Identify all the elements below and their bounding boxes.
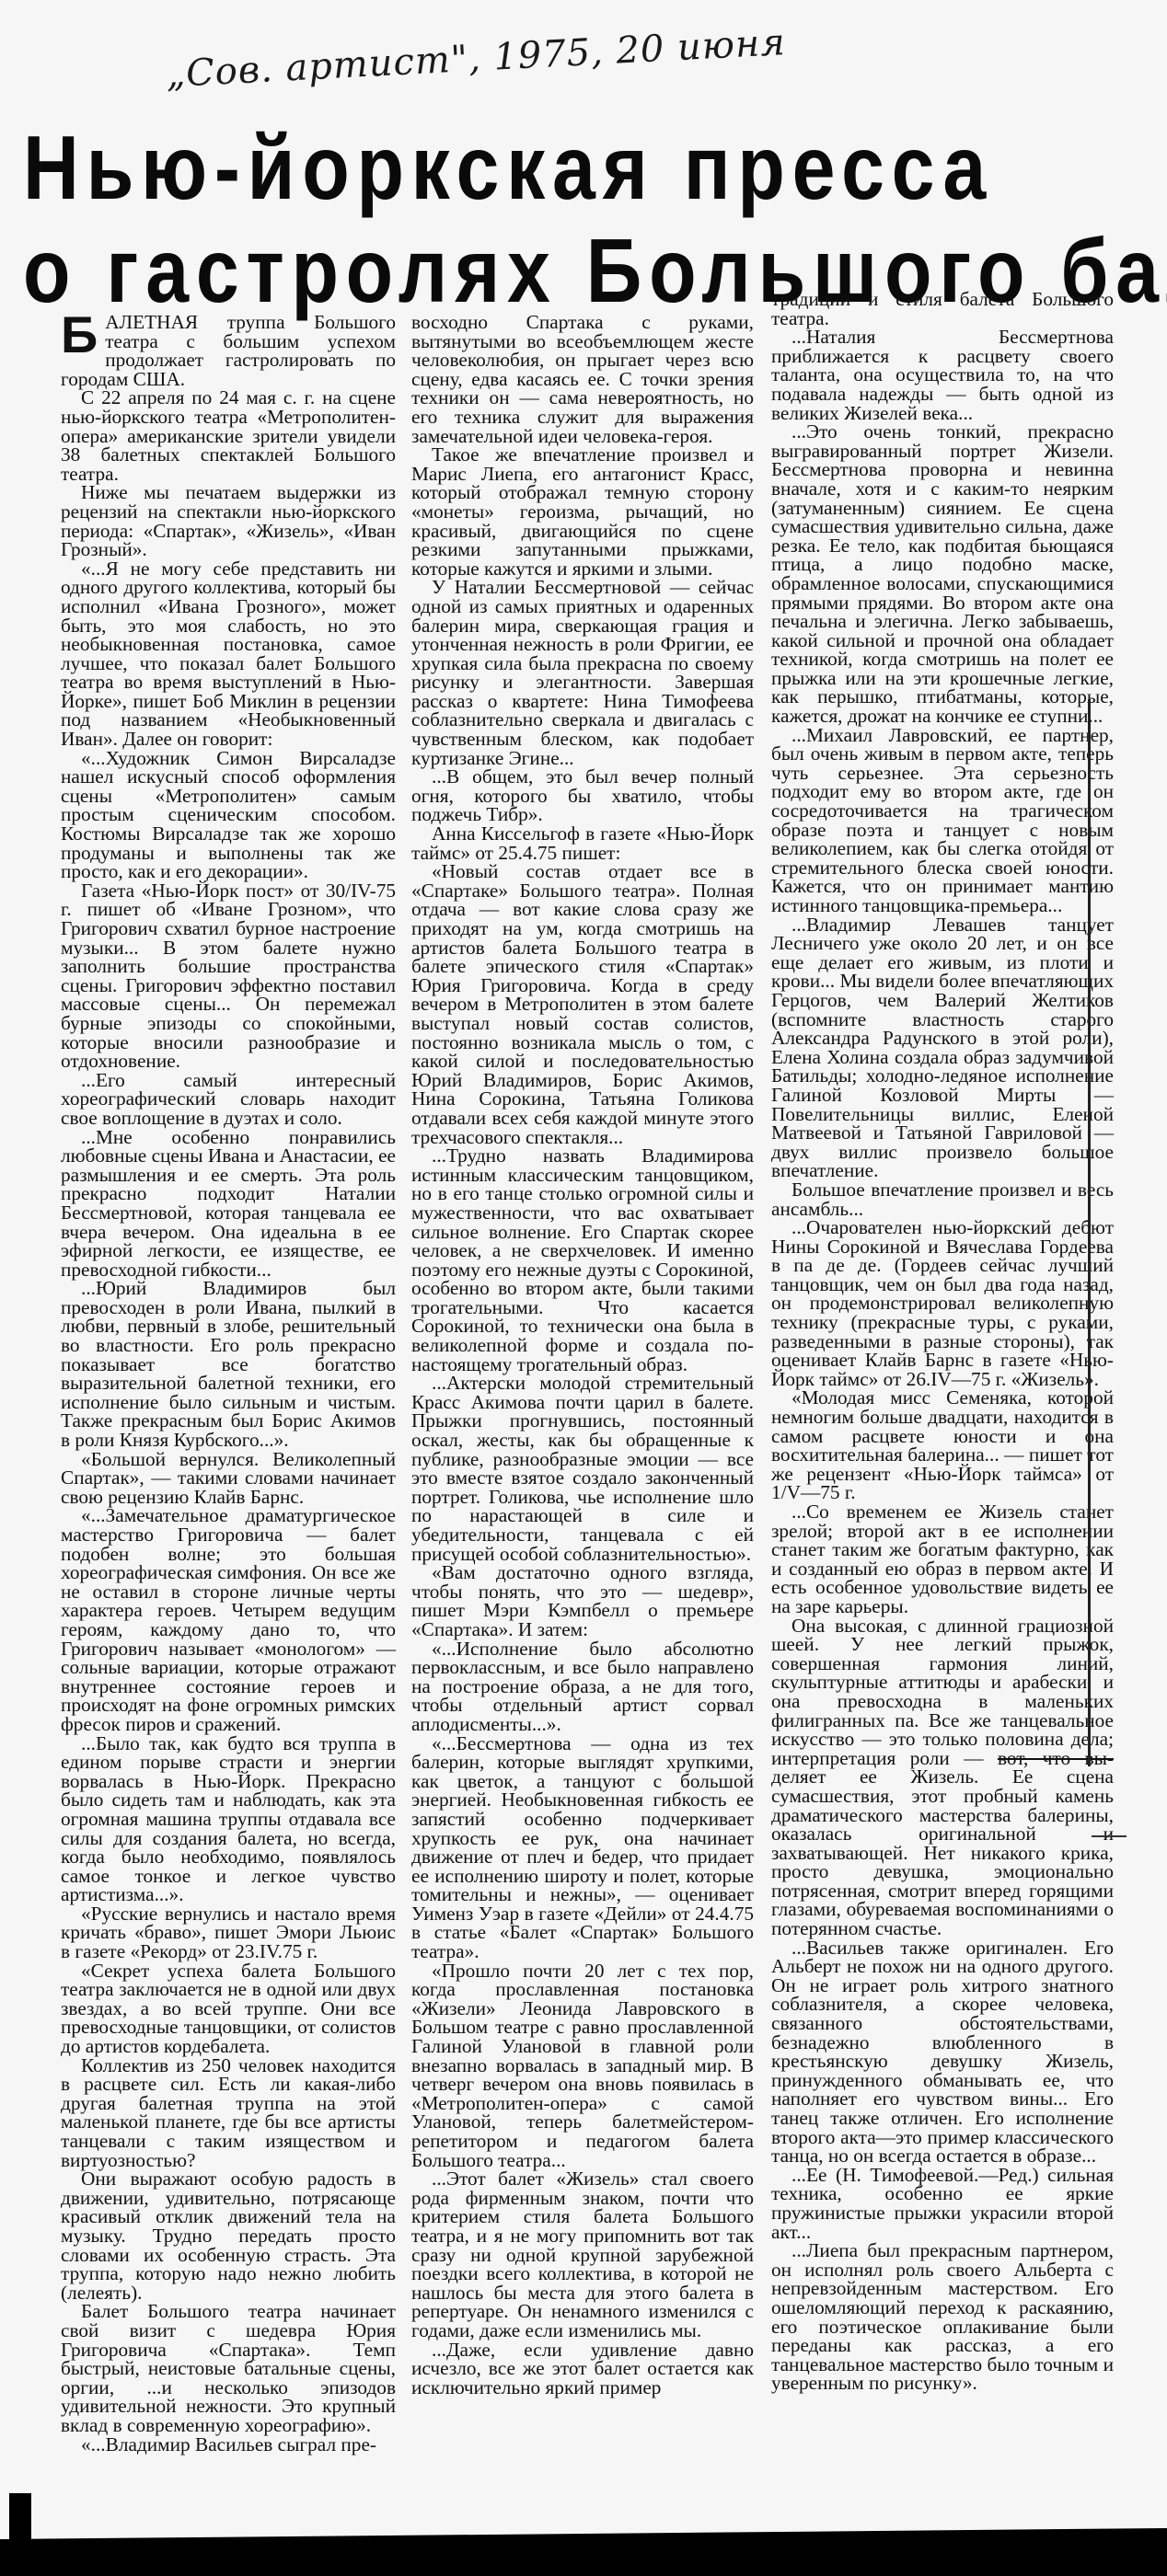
paragraph: «...Художник Симон Вирсаладзе нашел иску… xyxy=(61,749,396,881)
paragraph: ...Михаил Лавровский, ее партнер, был оч… xyxy=(771,726,1114,915)
paragraph: Такое же впечатление произвел и Марис Ли… xyxy=(411,445,754,578)
paragraph: ...Лиепа был прекрасным партнером, он ис… xyxy=(771,2241,1114,2393)
paragraph-text: деляет ее Жизель. Ее сцена сумасшествия,… xyxy=(771,1765,1114,1939)
paragraph: «...Я не могу себе представить ни одного… xyxy=(61,559,396,749)
lead-paragraph: БАЛЕТНАЯ труппа Большого театра с больши… xyxy=(61,313,396,388)
paragraph: ...Васильев также оригинален. Его Альбер… xyxy=(771,1938,1114,2166)
paragraph: С 22 апреля по 24 мая с. г. на сцене нью… xyxy=(61,388,396,483)
paragraph: ...Это очень тонкий, прекрасно выгравиро… xyxy=(771,422,1114,726)
paragraph-continued: восходно Спартака с руками, вытянутыми в… xyxy=(411,313,754,445)
paragraph: «Новый состав отдает все в «Спартаке» Бо… xyxy=(411,862,754,1146)
paragraph: ...Мне особенно понравились любовные сце… xyxy=(61,1128,396,1280)
paragraph: Большое впечатление произвел и весь анса… xyxy=(771,1180,1114,1218)
paragraph: ...Этот балет «Жизель» стал своего рода … xyxy=(411,2169,754,2340)
paragraph: «Большой вернулся. Великолепный Спартак»… xyxy=(61,1450,396,1507)
paragraph: ...Ее (Н. Тимофеевой.—Ред.) сильная техн… xyxy=(771,2166,1114,2241)
paragraph: Она высокая, с длинной грациозной шеей. … xyxy=(771,1616,1114,1938)
paragraph: ...Очарователен нью-йоркский дебют Нины … xyxy=(771,1218,1114,1388)
paragraph: У Наталии Бессмертновой — сейчас одной и… xyxy=(411,578,754,767)
article-column-3: традиции и стиля балета Большого театра.… xyxy=(771,290,1114,2393)
paragraph: ...Трудно назвать Владимирова истинным к… xyxy=(411,1146,754,1374)
drop-cap: Б xyxy=(61,315,98,355)
paragraph: «Русские вернулись и настало время крича… xyxy=(61,1904,396,1961)
margin-pen-mark xyxy=(1088,699,1091,1766)
paragraph: Балет Большого театра начинает свой визи… xyxy=(61,2302,396,2434)
headline-line-1: Нью-йоркская пресса xyxy=(23,116,973,219)
paragraph: ...Актерски молодой стремительный Красс … xyxy=(411,1374,754,1563)
lead-text: АЛЕТНАЯ труппа Большого театра с большим… xyxy=(61,311,396,390)
paragraph: Они выражают особую радость в движении, … xyxy=(61,2169,396,2302)
paragraph: «...Бессмертнова — одна из тех балерин, … xyxy=(411,1734,754,1961)
scan-bottom-border xyxy=(0,2528,1167,2576)
paragraph: Ниже мы печатаем выдержки из рецензий на… xyxy=(61,483,396,558)
paragraph: ...В общем, это был вечер полный огня, к… xyxy=(411,767,754,824)
scan-corner-artifact xyxy=(9,2493,31,2539)
paragraph-text: Она высокая, с длинной грациозной шеей. … xyxy=(771,1615,1114,1769)
article-column-1: БАЛЕТНАЯ труппа Большого театра с больши… xyxy=(61,313,396,2454)
paragraph: «...Исполнение было абсолютно первокласс… xyxy=(411,1639,754,1734)
paragraph: Газета «Нью-Йорк пост» от 30/IV-75 г. пи… xyxy=(61,881,396,1071)
article-column-2: восходно Спартака с руками, вытянутыми в… xyxy=(411,313,754,2397)
paragraph: ...Даже, если удивление давно исчезло, в… xyxy=(411,2340,754,2398)
paragraph: ...Было так, как будто вся труппа в един… xyxy=(61,1734,396,1904)
paragraph: ...Со временем ее Жизель станет зрелой; … xyxy=(771,1502,1114,1616)
paragraph: «Секрет успеха балета Большого театра за… xyxy=(61,1961,396,2056)
paragraph: «...Замечательное драматургическое масте… xyxy=(61,1506,396,1733)
paragraph: Анна Киссельгоф в газете «Нью-Йорк таймс… xyxy=(411,824,754,862)
paragraph: «Молодая мисс Семеняка, которой немногим… xyxy=(771,1388,1114,1502)
paragraph: ...Наталия Бессмертнова приближается к р… xyxy=(771,328,1114,422)
paragraph: «Вам достаточно одного взгляда, чтобы по… xyxy=(411,1563,754,1639)
paragraph: ...Юрий Владимиров был превосходен в рол… xyxy=(61,1279,396,1449)
handwritten-source-note: „Сов. артист", 1975, 20 июня xyxy=(165,20,810,97)
paragraph: «Прошло почти 20 лет с тех пор, когда пр… xyxy=(411,1961,754,2170)
paragraph: ...Владимир Левашев танцует Лесничего уж… xyxy=(771,915,1114,1180)
paragraph-continued: традиции и стиля балета Большого театра. xyxy=(771,290,1114,328)
paragraph: Коллектив из 250 человек находится в рас… xyxy=(61,2056,396,2170)
paragraph: «...Владимир Васильев сыграл пре- xyxy=(61,2435,396,2455)
paragraph: ...Его самый интересный хореографический… xyxy=(61,1071,396,1128)
margin-pen-tick xyxy=(1092,1835,1127,1837)
